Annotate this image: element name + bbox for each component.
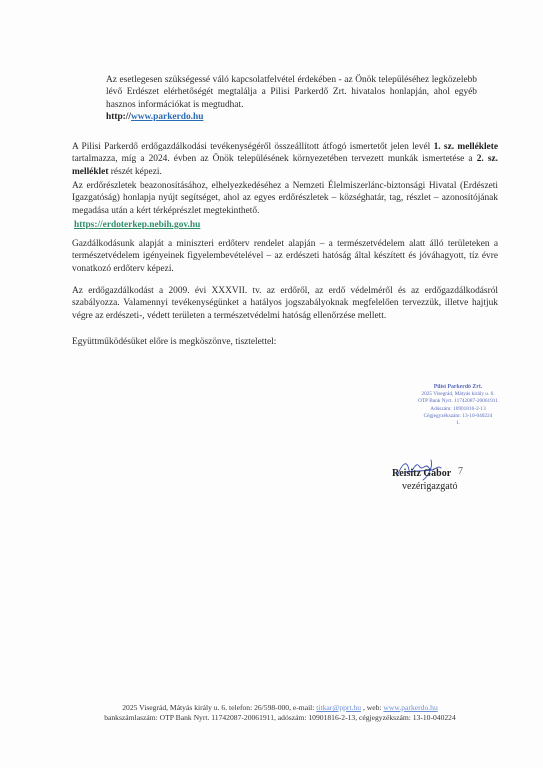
footer-line-1: 2025 Visegrád, Mátyás király u. 6. telef… — [60, 703, 500, 713]
law-text: Az erdőgazdálkodást a 2009. évi XXXVII. … — [72, 286, 498, 321]
paragraph-contact: Az esetlegesen szükségessé váló kapcsola… — [106, 74, 477, 123]
stamp-line: 2025 Visegrád, Mátyás király u. 6. — [406, 391, 510, 398]
nebih-link-line: https://erdoterkep.nebih.gov.hu — [74, 219, 374, 231]
stamp-line: Pilisi Parkerdő Zrt. — [406, 384, 510, 391]
url-prefix: http:// — [106, 112, 131, 122]
attachments-text-1: A Pilisi Parkerdő erdőgazdálkodási tevék… — [72, 142, 434, 152]
stamp-line: Cégjegyzékszám: 13-10-040224 — [406, 413, 510, 420]
footer-address: 2025 Visegrád, Mátyás király u. 6. telef… — [122, 703, 316, 712]
paragraph-management: Gazdálkodásunk alapját a miniszteri erdő… — [72, 238, 498, 275]
signer-initial-mark: 7 — [458, 466, 463, 477]
paragraph-contact-text: Az esetlegesen szükségessé váló kapcsola… — [106, 75, 477, 110]
closing-text: Együttműködésüket előre is megköszönve, … — [72, 337, 276, 347]
management-text: Gazdálkodásunk alapját a miniszteri erdő… — [72, 239, 498, 274]
paragraph-attachments: A Pilisi Parkerdő erdőgazdálkodási tevék… — [72, 141, 498, 178]
signer-name: Reisitz Gábor — [392, 468, 451, 479]
footer-web-label: , web: — [361, 703, 383, 712]
letterhead-footer: 2025 Visegrád, Mátyás király u. 6. telef… — [60, 703, 500, 723]
footer-web-link[interactable]: www.parkerdo.hu — [383, 703, 437, 712]
parkerdo-link[interactable]: www.parkerdo.hu — [131, 112, 203, 122]
paragraph-identification: Az erdőrészletek beazonosításához, elhel… — [72, 180, 498, 217]
paragraph-law: Az erdőgazdálkodást a 2009. évi XXXVII. … — [72, 285, 498, 322]
letter-page: Az esetlegesen szükségessé váló kapcsola… — [0, 0, 543, 768]
stamp-line: OTP Bank Nyrt. 11742087-20061911 — [406, 398, 510, 405]
attachments-text-3: részét képezi. — [108, 167, 161, 177]
identification-text: Az erdőrészletek beazonosításához, elhel… — [72, 181, 498, 216]
signer-title: vezérigazgató — [402, 481, 458, 492]
stamp-line: 1. — [406, 420, 510, 427]
nebih-link[interactable]: https://erdoterkep.nebih.gov.hu — [74, 220, 200, 230]
stamp-line: Adószám: 10901816-2-13 — [406, 406, 510, 413]
closing-line: Együttműködésüket előre is megköszönve, … — [72, 336, 498, 348]
attachments-text-2: tartalmazza, míg a 2024. évben az Önök t… — [72, 154, 477, 164]
footer-line-2: bankszámlaszám: OTP Bank Nyrt. 11742087-… — [60, 713, 500, 723]
footer-email-link[interactable]: titkar@pprt.hu — [316, 703, 361, 712]
company-stamp: Pilisi Parkerdő Zrt. 2025 Visegrád, Máty… — [406, 384, 510, 427]
attachment-1-ref: 1. sz. melléklete — [434, 142, 498, 152]
